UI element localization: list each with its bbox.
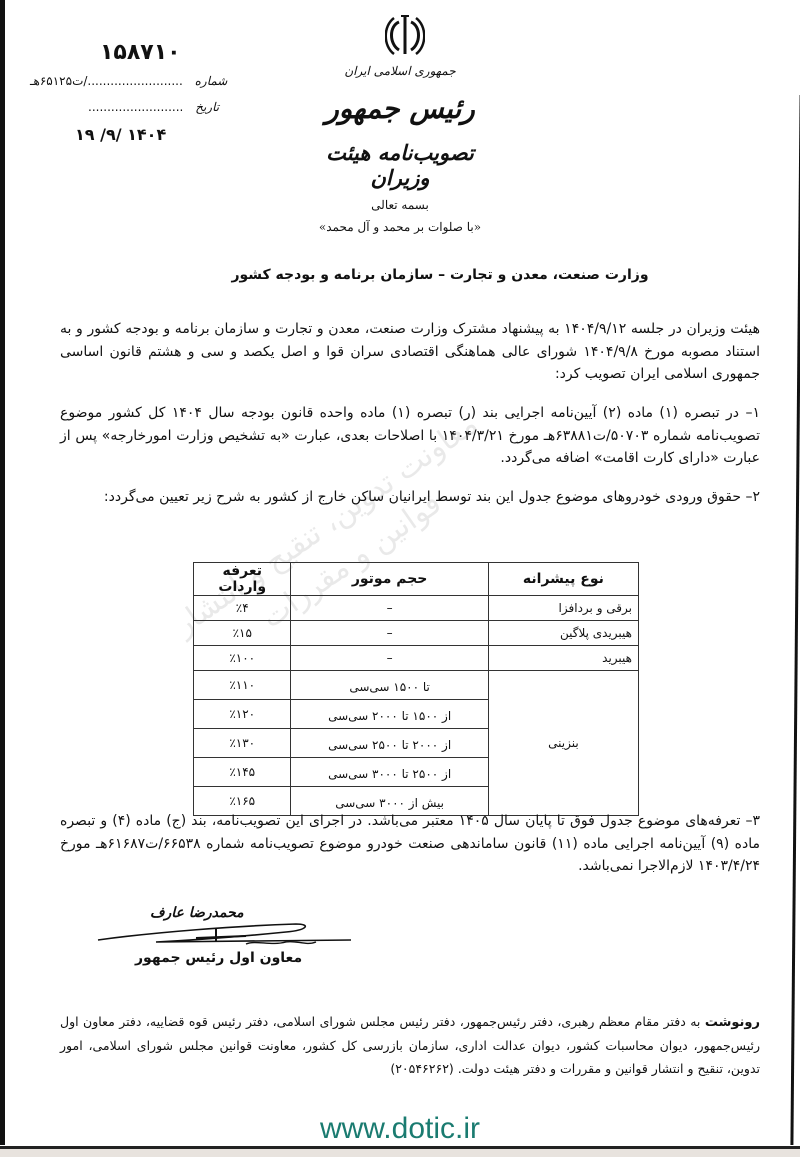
engine-volume: از ۱۵۰۰ تا ۲۰۰۰ سی‌سی [291, 700, 488, 729]
date-value: ۱۴۰۴ /۹/ ۱۹ [75, 125, 166, 144]
header-engine-type: نوع پیشرانه [488, 563, 638, 596]
number-value: ........................./ت۶۵۱۲۵هـ [30, 74, 183, 88]
number-row: شماره ........................./ت۶۵۱۲۵هـ [30, 74, 227, 88]
date-row: تاریخ ......................... [88, 100, 219, 114]
engine-type: هیبرید [488, 646, 638, 671]
header-engine-volume: حجم موتور [291, 563, 488, 596]
date-dots: ......................... [88, 100, 183, 114]
clause-2: ۲– حقوق ورودی خودروهای موضوع جدول این بن… [60, 486, 760, 509]
salawat: «با صلوات بر محمد و آل محمد» [300, 220, 500, 234]
cc-text: به دفتر مقام معظم رهبری، دفتر رئیس‌جمهور… [60, 1014, 760, 1076]
import-tariff: ٪۱۰۰ [194, 646, 291, 671]
engine-volume: – [291, 621, 488, 646]
page-left-border [0, 0, 5, 1145]
table-row: برقی و بردافزا – ٪۴ [194, 596, 639, 621]
engine-type: برقی و بردافزا [488, 596, 638, 621]
clause-3: ۳– تعرفه‌های موضوع جدول فوق تا پایان سال… [60, 810, 760, 878]
import-tariff: ٪۱۵ [194, 621, 291, 646]
import-tariff: ٪۱۱۰ [194, 671, 291, 700]
page-right-border [790, 95, 800, 1145]
clause-1: ۱– در تبصره (۱) ماده (۲) آیین‌نامه اجرای… [60, 402, 760, 470]
table-row: هیبرید – ٪۱۰۰ [194, 646, 639, 671]
date-label: تاریخ [195, 100, 219, 114]
bismillah: بسمه تعالی [300, 198, 500, 212]
number-label: شماره [195, 74, 228, 88]
import-tariff: ٪۱۲۰ [194, 700, 291, 729]
import-tariff: ٪۱۳۰ [194, 729, 291, 758]
cc-label: رونوشت [705, 1015, 760, 1030]
engine-volume: – [291, 646, 488, 671]
engine-volume: از ۲۰۰۰ تا ۲۵۰۰ سی‌سی [291, 729, 488, 758]
table-header-row: نوع پیشرانه حجم موتور تعرفه واردات [194, 563, 639, 596]
engine-type: هیبریدی پلاگین [488, 621, 638, 646]
document-type: تصویب‌نامه هیئت وزیران [300, 140, 500, 190]
document-title: وزارت صنعت، معدن و تجارت – سازمان برنامه… [100, 267, 780, 283]
signatory-title: معاون اول رئیس جمهور [135, 950, 302, 966]
serial-number: ۱۵۸۷۱۰ [100, 40, 181, 65]
iran-emblem-icon [385, 12, 425, 58]
engine-volume: تا ۱۵۰۰ سی‌سی [291, 671, 488, 700]
table-row: بنزینی تا ۱۵۰۰ سی‌سی ٪۱۱۰ [194, 671, 639, 700]
page-bottom-strip [0, 1149, 800, 1157]
import-tariff: ٪۴ [194, 596, 291, 621]
engine-volume: – [291, 596, 488, 621]
engine-volume: از ۲۵۰۰ تا ۳۰۰۰ سی‌سی [291, 758, 488, 787]
website-link[interactable]: www.dotic.ir [0, 1112, 800, 1146]
import-tariff: ٪۱۴۵ [194, 758, 291, 787]
tariff-table: نوع پیشرانه حجم موتور تعرفه واردات برقی … [193, 562, 639, 816]
engine-type-gasoline: بنزینی [488, 671, 638, 816]
table-row: هیبریدی پلاگین – ٪۱۵ [194, 621, 639, 646]
intro-paragraph: هیئت وزیران در جلسه ۱۴۰۴/۹/۱۲ به پیشنهاد… [60, 318, 760, 386]
office-title: رئیس جمهور [300, 92, 500, 125]
header-import-tariff: تعرفه واردات [194, 563, 291, 596]
republic-label: جمهوری اسلامی ایران [300, 64, 500, 78]
cc-list: رونوشت به دفتر مقام معظم رهبری، دفتر رئی… [60, 1010, 760, 1080]
